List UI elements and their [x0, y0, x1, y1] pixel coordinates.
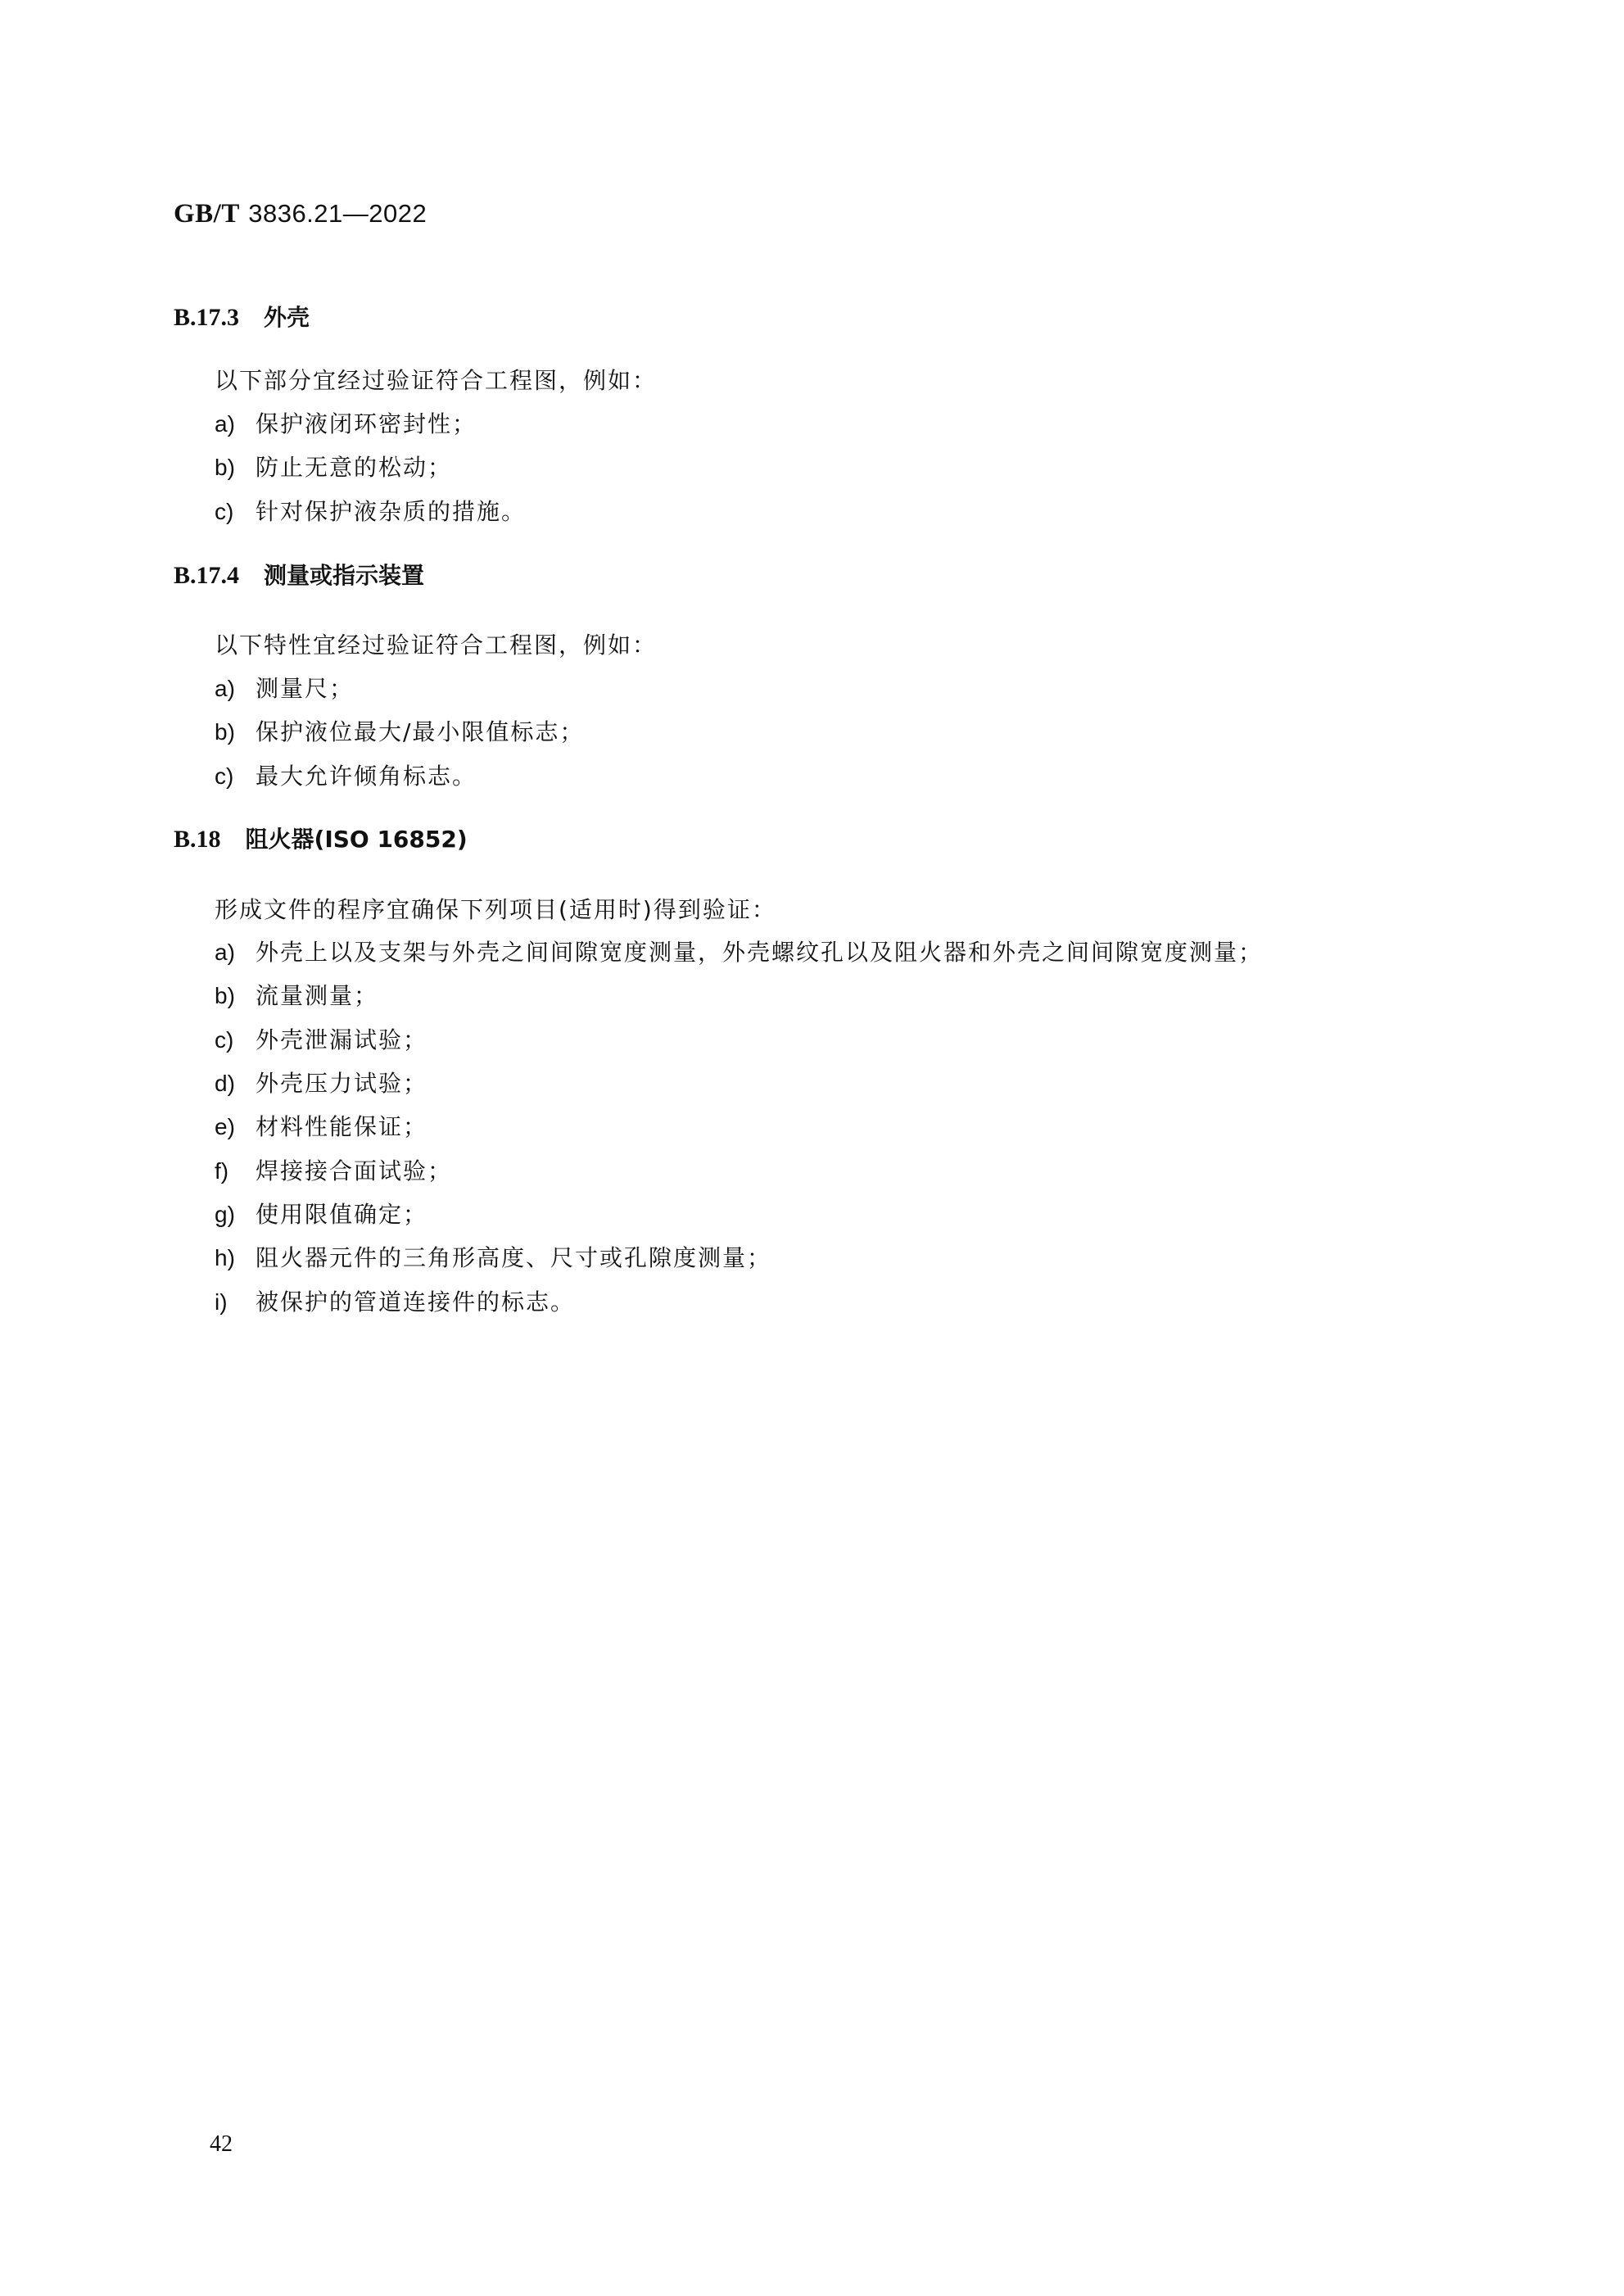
- section-title: 阻火器(ISO 16852): [246, 826, 468, 853]
- list-item: c)最大允许倾角标志。: [215, 759, 477, 791]
- list-marker: e): [215, 1114, 256, 1140]
- section-heading-b17-4: B.17.4测量或指示装置: [174, 558, 424, 591]
- list-marker: b): [215, 719, 256, 745]
- list-item: b)保护液位最大/最小限值标志；: [215, 714, 584, 747]
- list-marker: d): [215, 1071, 256, 1097]
- list-item-text: 测量尺；: [256, 675, 354, 702]
- standard-number: 3836.21—2022: [248, 199, 427, 228]
- list-marker: h): [215, 1245, 256, 1271]
- section-number: B.18: [174, 826, 221, 854]
- list-item: h)阻火器元件的三角形高度、尺寸或孔隙度测量；: [215, 1240, 771, 1273]
- list-item-text: 外壳上以及支架与外壳之间间隙宽度测量，外壳螺纹孔以及阻火器和外壳之间间隙宽度测量…: [256, 939, 1263, 966]
- list-item-text: 外壳泄漏试验；: [256, 1026, 427, 1053]
- list-item: f)焊接接合面试验；: [215, 1153, 452, 1186]
- list-item-text: 针对保护液杂质的措施。: [256, 498, 526, 525]
- section-heading-b17-3: B.17.3外壳: [174, 300, 310, 333]
- list-item: b)防止无意的松动；: [215, 450, 452, 482]
- list-item: e)材料性能保证；: [215, 1109, 427, 1142]
- section-heading-b18: B.18阻火器(ISO 16852): [174, 822, 468, 854]
- list-marker: g): [215, 1202, 256, 1228]
- list-item-text: 阻火器元件的三角形高度、尺寸或孔隙度测量；: [256, 1244, 771, 1271]
- list-item-text: 材料性能保证；: [256, 1113, 427, 1140]
- list-item: d)外壳压力试验；: [215, 1066, 427, 1098]
- list-marker: b): [215, 983, 256, 1009]
- section-number: B.17.4: [174, 562, 239, 590]
- list-item-text: 焊接接合面试验；: [256, 1157, 452, 1184]
- list-item: i)被保护的管道连接件的标志。: [215, 1284, 575, 1317]
- list-item-text: 最大允许倾角标志。: [256, 763, 477, 790]
- section-intro: 以下特性宜经过验证符合工程图，例如：: [215, 627, 657, 660]
- list-marker: f): [215, 1158, 256, 1184]
- list-marker: c): [215, 499, 256, 525]
- list-marker: b): [215, 455, 256, 481]
- list-item: a)保护液闭环密封性；: [215, 406, 477, 439]
- list-marker: i): [215, 1289, 256, 1316]
- section-intro: 形成文件的程序宜确保下列项目(适用时)得到验证：: [215, 892, 776, 925]
- page-number: 42: [210, 2131, 233, 2158]
- list-marker: c): [215, 1027, 256, 1053]
- list-item-text: 保护液闭环密封性；: [256, 410, 477, 437]
- list-item: c)外壳泄漏试验；: [215, 1022, 427, 1055]
- list-marker: c): [215, 763, 256, 790]
- list-item: a)外壳上以及支架与外壳之间间隙宽度测量，外壳螺纹孔以及阻火器和外壳之间间隙宽度…: [215, 935, 1263, 967]
- list-item-text: 使用限值确定；: [256, 1201, 427, 1228]
- list-item: c)针对保护液杂质的措施。: [215, 494, 526, 527]
- standard-prefix: GB/T: [174, 199, 240, 229]
- section-title: 外壳: [264, 304, 310, 331]
- section-title: 测量或指示装置: [264, 562, 424, 589]
- list-marker: a): [215, 940, 256, 966]
- list-item-text: 被保护的管道连接件的标志。: [256, 1288, 575, 1316]
- list-marker: a): [215, 676, 256, 702]
- list-item-text: 流量测量；: [256, 982, 378, 1009]
- list-marker: a): [215, 411, 256, 437]
- section-intro: 以下部分宜经过验证符合工程图，例如：: [215, 363, 657, 396]
- list-item-text: 防止无意的松动；: [256, 454, 452, 481]
- list-item: b)流量测量；: [215, 978, 378, 1011]
- list-item-text: 保护液位最大/最小限值标志；: [256, 718, 584, 745]
- list-item: g)使用限值确定；: [215, 1197, 427, 1230]
- section-number: B.17.3: [174, 304, 239, 332]
- standard-identifier: GB/T 3836.21—2022: [174, 199, 427, 229]
- list-item: a)测量尺；: [215, 671, 354, 704]
- list-item-text: 外壳压力试验；: [256, 1070, 427, 1097]
